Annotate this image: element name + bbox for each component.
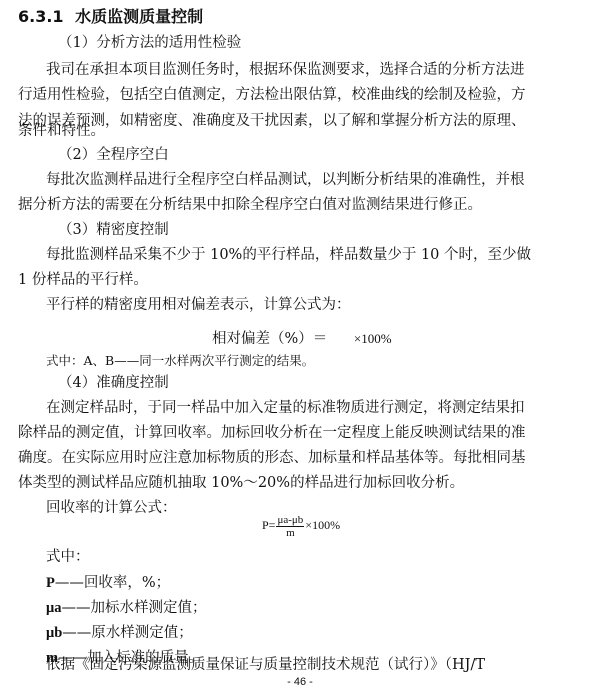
paragraph-line: 每批次监测样品进行全程序空白样品测试，以判断分析结果的准确性，并根 <box>46 171 525 189</box>
section-heading: 6.3.1 水质监测质量控制 <box>18 8 203 26</box>
section-title: 水质监测质量控制 <box>75 7 203 26</box>
definition-item: P——回收率，%； <box>46 574 170 592</box>
formula-fraction: μa-μbm <box>276 514 304 539</box>
definition-item: μb——原水样测定值； <box>46 624 193 642</box>
subsection-title-1: （1）分析方法的适用性检验 <box>58 34 241 52</box>
formula-denominator: m <box>276 527 304 539</box>
paragraph-line: 条件和特性。 <box>18 122 105 140</box>
paragraph-line: 据分析方法的需要在分析结果中扣除全程序空白值对监测结果进行修正。 <box>18 196 482 214</box>
page-number: - 46 - <box>0 676 600 688</box>
paragraph-line: 在测定样品时，于同一样品中加入定量的标准物质进行测定，将测定结果扣 <box>46 399 525 417</box>
formula-numerator: μa-μb <box>276 514 304 527</box>
section-number: 6.3.1 <box>18 7 64 26</box>
definition-symbol: P <box>46 575 55 591</box>
paragraph-line: 1 份样品的平行样。 <box>18 271 148 289</box>
paragraph-line: 我司在承担本项目监测任务时，根据环保监测要求，选择合适的分析方法进 <box>46 61 525 79</box>
definition-text: ——加标水样测定值； <box>61 600 206 616</box>
definition-symbol: μb <box>46 625 62 641</box>
definition-symbol: μa <box>46 600 61 616</box>
subsection-title-2: （2）全程序空白 <box>58 146 169 164</box>
paragraph-line: 平行样的精密度用相对偏差表示，计算公式为： <box>46 296 351 314</box>
formula-note: 式中：A、B——同一水样两次平行测定的结果。 <box>46 352 314 370</box>
definition-text: ——回收率，%； <box>55 575 170 591</box>
formula-rhs: ×100% <box>354 331 392 346</box>
formula-recovery-rate: P=μa-μbm×100% <box>262 512 340 539</box>
definition-item: μa——加标水样测定值； <box>46 599 206 617</box>
paragraph-line: 行适用性检验，包括空白值测定，方法检出限估算，校准曲线的绘制及检验，方 <box>18 86 526 104</box>
formula-lhs: P= <box>262 518 275 532</box>
basis-line: 依据《固定污染源监测质量保证与质量控制技术规范（试行）》（HJ/T <box>46 656 485 674</box>
paragraph-line: 每批监测样品采集不少于 10%的平行样品，样品数量少于 10 个时，至少做 <box>46 246 531 264</box>
subsection-title-3: （3）精密度控制 <box>58 221 169 239</box>
definition-text: ——原水样测定值； <box>62 625 193 641</box>
subsection-title-4: （4）准确度控制 <box>58 374 169 392</box>
paragraph-line: 体类型的测试样品应随机抽取 10%～20%的样品进行加标回收分析。 <box>18 474 464 492</box>
paragraph-line: 回收率的计算公式： <box>46 499 177 517</box>
formula-lhs: 相对偏差（%）＝ <box>212 331 327 347</box>
formula-rhs: ×100% <box>305 518 340 532</box>
where-label: 式中： <box>46 548 90 566</box>
formula-relative-deviation: 相对偏差（%）＝ ×100% <box>212 330 392 348</box>
paragraph-line: 确度。在实际应用时应注意加标物质的形态、加标量和样品基体等。每批相同基 <box>18 449 526 467</box>
paragraph-line: 除样品的测定值，计算回收率。加标回收分析在一定程度上能反映测试结果的准 <box>18 424 526 442</box>
